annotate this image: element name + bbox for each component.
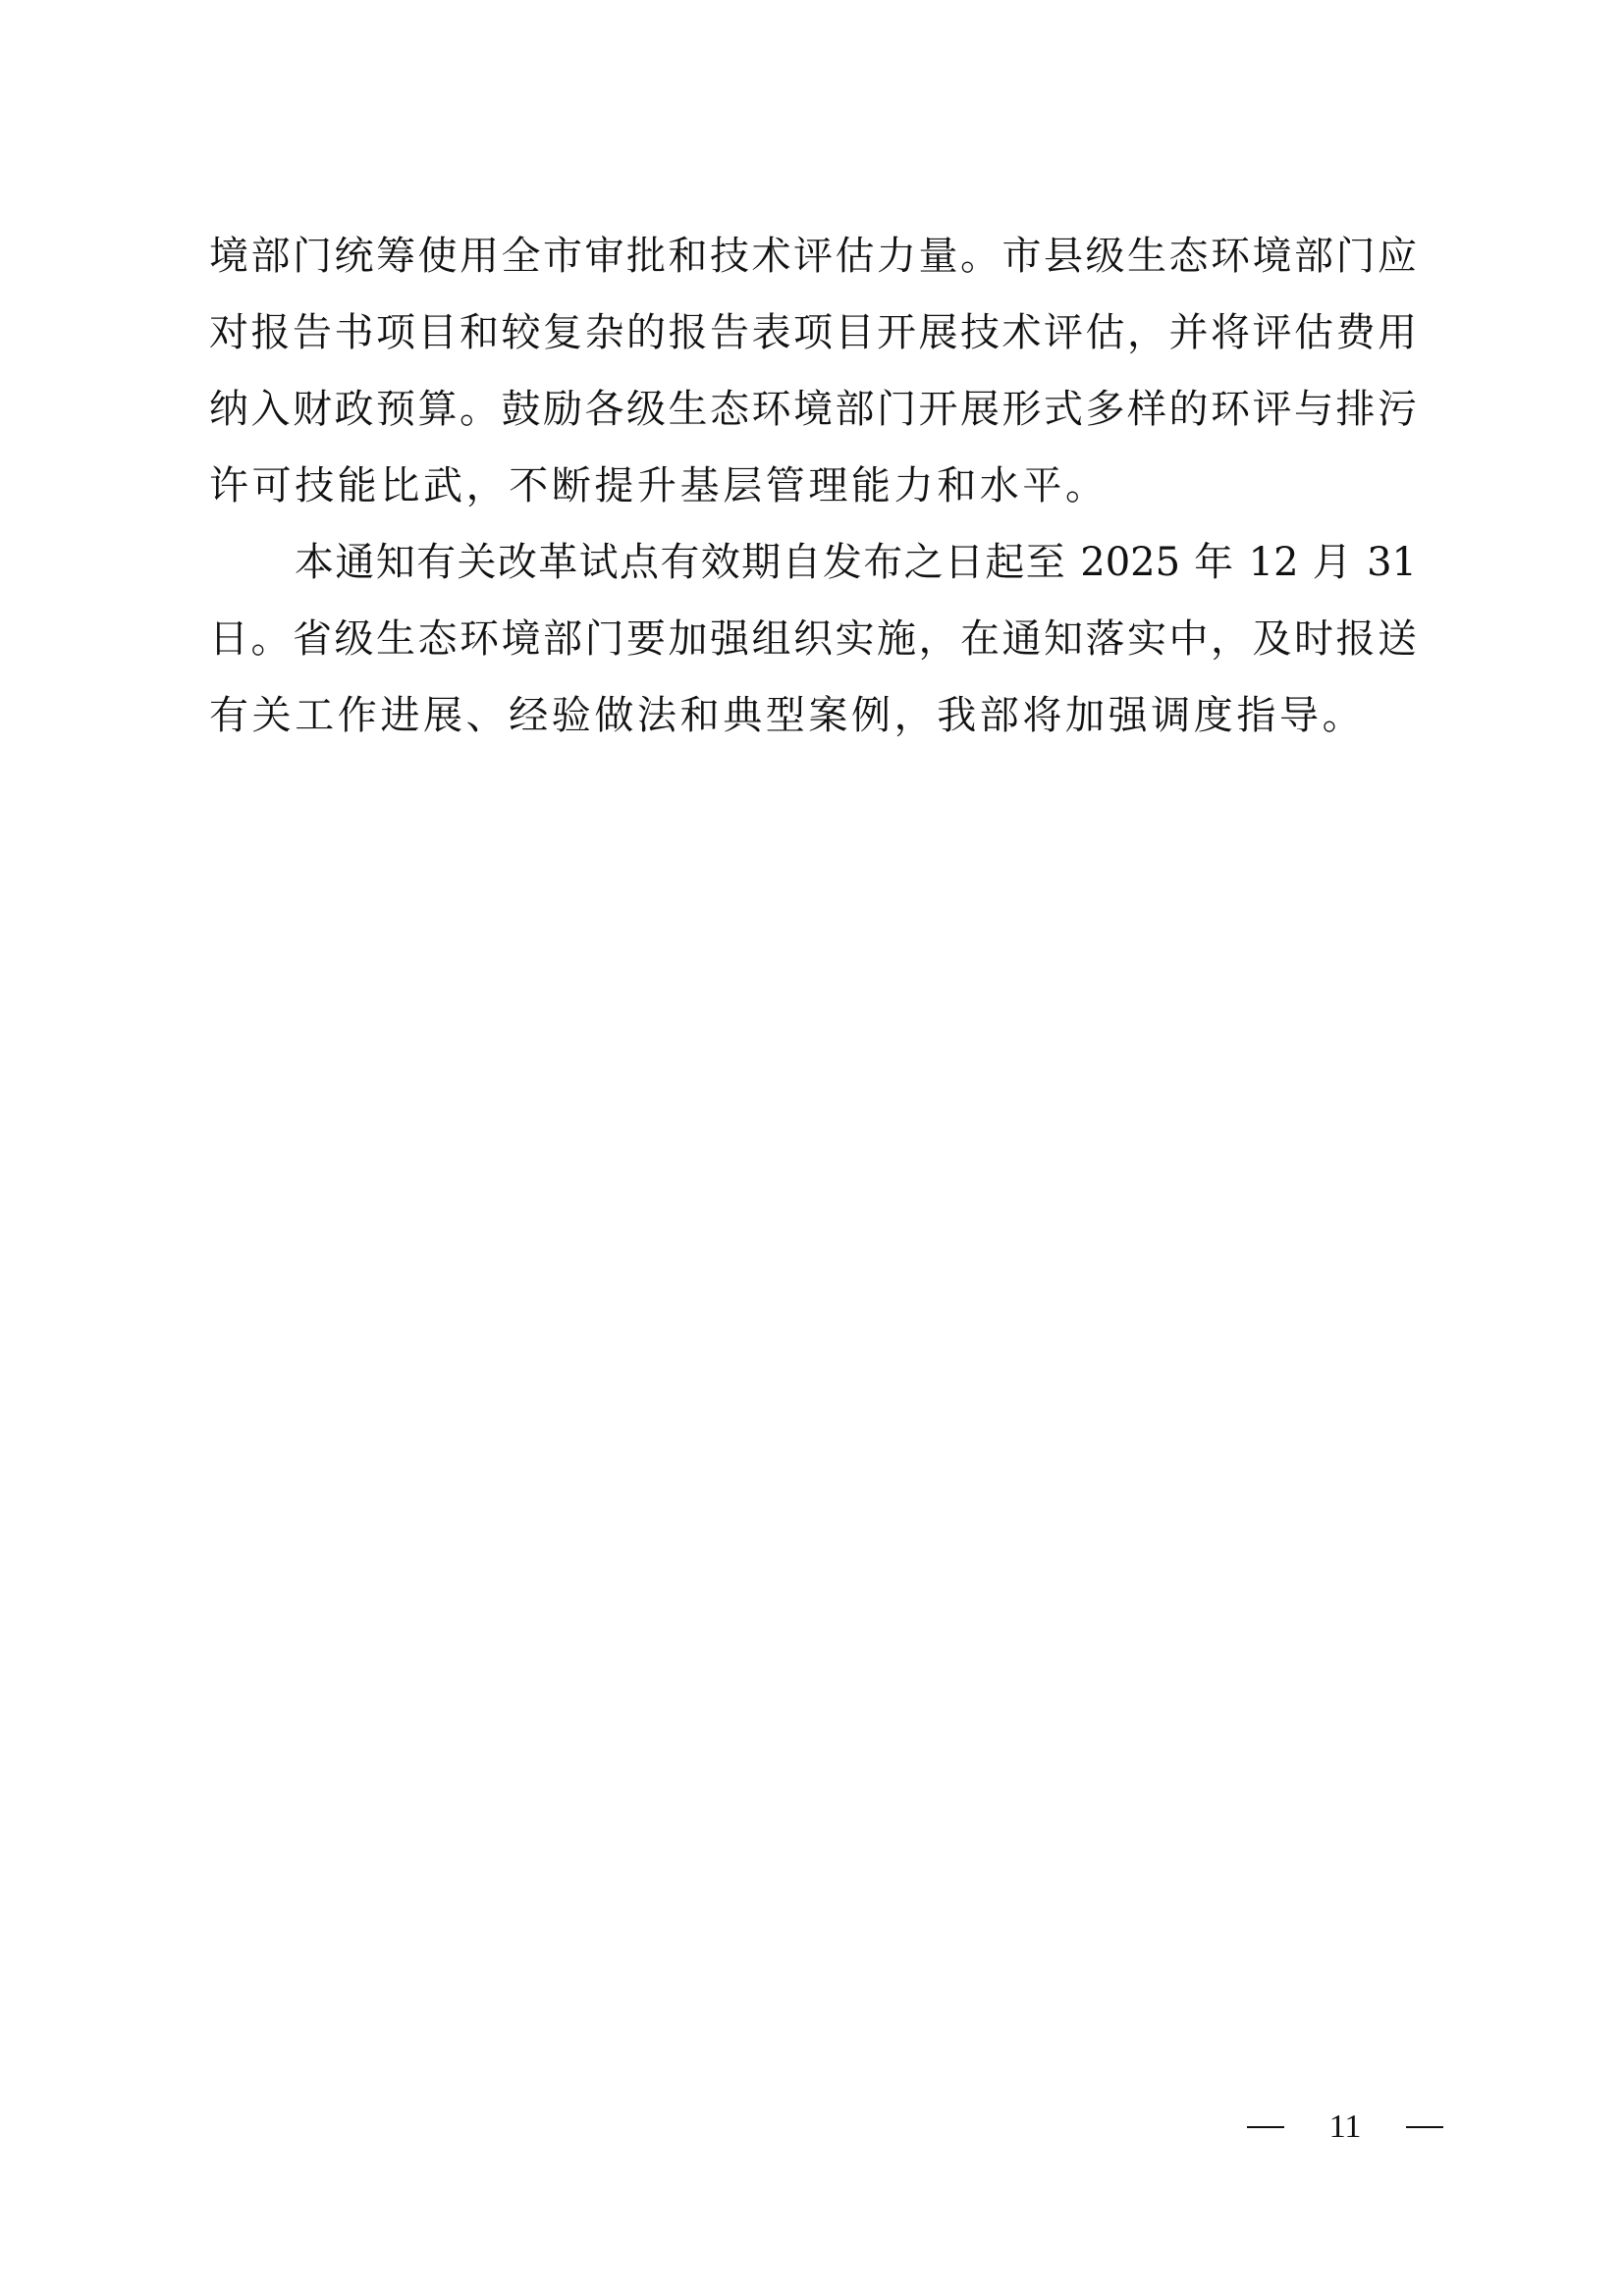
- paragraph-1-line-3: 纳入财政预算。鼓励各级生态环境部门开展形式多样的环评与排污: [209, 371, 1417, 448]
- body-text: 境部门统筹使用全市审批和技术评估力量。市县级生态环境部门应 对报告书项目和较复杂…: [209, 218, 1417, 754]
- footer-dash-left: [1247, 2126, 1284, 2128]
- paragraph-1-line-2: 对报告书项目和较复杂的报告表项目开展技术评估，并将评估费用: [209, 294, 1417, 371]
- page-footer: 11: [1247, 2108, 1443, 2147]
- footer-dash-right: [1406, 2126, 1443, 2128]
- document-page: 境部门统筹使用全市审批和技术评估力量。市县级生态环境部门应 对报告书项目和较复杂…: [0, 0, 1623, 2296]
- paragraph-2-line-2: 日。省级生态环境部门要加强组织实施，在通知落实中，及时报送: [209, 601, 1417, 677]
- paragraph-2-line-3: 有关工作进展、经验做法和典型案例，我部将加强调度指导。: [209, 677, 1417, 754]
- paragraph-1-line-4: 许可技能比武，不断提升基层管理能力和水平。: [209, 448, 1417, 524]
- page-number: 11: [1329, 2109, 1362, 2146]
- paragraph-1-line-1: 境部门统筹使用全市审批和技术评估力量。市县级生态环境部门应: [209, 218, 1417, 294]
- paragraph-2-line-1: 本通知有关改革试点有效期自发布之日起至 2025 年 12 月 31: [209, 524, 1417, 601]
